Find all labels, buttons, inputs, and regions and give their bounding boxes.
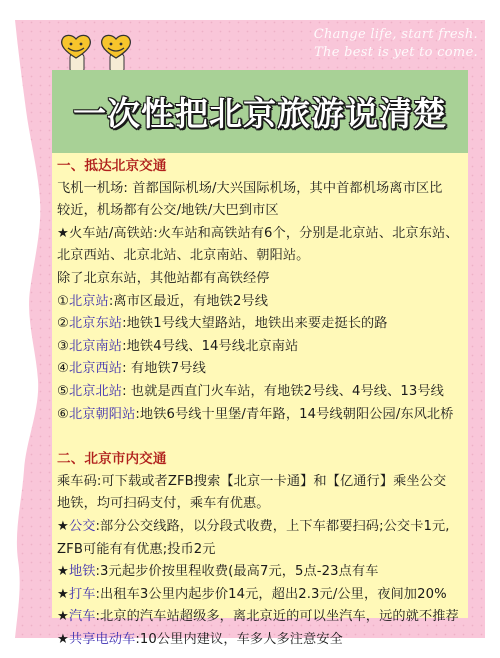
- line-text: 火车站/高铁站:火车站和高铁站有6个，分别是北京站、北京东站、: [69, 226, 459, 241]
- number-badge: ②: [57, 316, 69, 331]
- text-line: ZFB可能有有优惠;投币2元: [57, 539, 477, 562]
- text-line: ★火车站/高铁站:火车站和高铁站有6个，分别是北京站、北京东站、: [57, 223, 477, 246]
- line-text: 较近，机场都有公交/地铁/大巴到市区: [57, 203, 279, 218]
- number-badge: ①: [57, 294, 69, 309]
- slogan-text: Change life, start fresh. The best is ye…: [314, 26, 478, 62]
- star-icon: ★: [57, 564, 69, 579]
- text-line: 较近，机场都有公交/地铁/大巴到市区: [57, 200, 477, 223]
- transport-item: ★共享电动车:10公里内建议，车多人多注意安全: [57, 629, 477, 652]
- station-detail: :地铁4号线、14号线北京南站: [122, 339, 298, 354]
- number-badge: ⑤: [57, 384, 69, 399]
- title-banner: 一次性把北京旅游说清楚: [52, 70, 468, 153]
- transport-detail: :出租车3公里内起步价14元，超出2.3元/公里，夜间加20%: [96, 587, 447, 602]
- line-text: ZFB可能有有优惠;投币2元: [57, 542, 216, 557]
- line-text: 飞机一机场: 首都国际机场/大兴国际机场，其中首都机场离市区比: [57, 181, 442, 196]
- station-name: 北京东站: [69, 316, 122, 331]
- station-item: ⑤北京北站: 也就是西直门火车站，有地铁2号线、4号线、13号线: [57, 381, 477, 404]
- number-badge: ⑥: [57, 407, 69, 422]
- slogan-line-1: Change life, start fresh.: [314, 26, 478, 44]
- transport-item: ★打车:出租车3公里内起步价14元，超出2.3元/公里，夜间加20%: [57, 584, 477, 607]
- star-icon: ★: [57, 587, 69, 602]
- transport-detail: :3元起步价按里程收费(最高7元，5点-23点有车: [96, 564, 379, 579]
- station-item: ②北京东站:地铁1号线大望路站，地铁出来要走挺长的路: [57, 313, 477, 336]
- star-icon: ★: [57, 519, 69, 534]
- transport-detail: :北京的汽车站超级多，离北京近的可以坐汽车，远的就不推荐: [96, 609, 459, 624]
- station-item: ①北京站:离市区最近，有地铁2号线: [57, 291, 477, 314]
- transport-name: 打车: [69, 587, 96, 602]
- smiley-heart-icon: [58, 32, 148, 72]
- spacer: [57, 426, 477, 448]
- line-text: 除了北京东站，其他站都有高铁经停: [57, 271, 270, 286]
- transport-name: 共享电动车: [69, 632, 135, 647]
- star-icon: ★: [57, 632, 69, 647]
- station-name: 北京南站: [69, 339, 122, 354]
- text-line: 北京西站、北京北站、北京南站、朝阳站。: [57, 245, 477, 268]
- content-text: 一、抵达北京交通 飞机一机场: 首都国际机场/大兴国际机场，其中首都机场离市区比…: [57, 155, 477, 651]
- transport-item: ★公交:部分公交线路，以分段式收费，上下车都要扫码;公交卡1元,: [57, 516, 477, 539]
- star-icon: ★: [57, 609, 69, 624]
- transport-name: 地铁: [69, 564, 96, 579]
- transport-name: 公交: [69, 519, 96, 534]
- station-detail: : 有地铁7号线: [122, 361, 206, 376]
- slogan-line-2: The best is yet to come.: [314, 44, 478, 62]
- text-line: 除了北京东站，其他站都有高铁经停: [57, 268, 477, 291]
- station-name: 北京西站: [69, 361, 122, 376]
- station-detail: :离市区最近，有地铁2号线: [109, 294, 268, 309]
- page-title: 一次性把北京旅游说清楚: [73, 88, 447, 135]
- station-name: 北京北站: [69, 384, 122, 399]
- transport-detail: :10公里内建议，车多人多注意安全: [135, 632, 343, 647]
- text-line: 地铁，均可扫码支付，乘车有优惠。: [57, 493, 477, 516]
- station-item: ④北京西站: 有地铁7号线: [57, 358, 477, 381]
- transport-name: 汽车: [69, 609, 96, 624]
- section-heading: 一、抵达北京交通: [57, 155, 477, 178]
- station-item: ③北京南站:地铁4号线、14号线北京南站: [57, 336, 477, 359]
- text-line: 飞机一机场: 首都国际机场/大兴国际机场，其中首都机场离市区比: [57, 178, 477, 201]
- station-detail: :地铁6号线十里堡/青年路，14号线朝阳公园/东风北桥: [135, 407, 453, 422]
- transport-detail: :部分公交线路，以分段式收费，上下车都要扫码;公交卡1元,: [96, 519, 450, 534]
- section-heading: 二、北京市内交通: [57, 448, 477, 471]
- station-detail: :地铁1号线大望路站，地铁出来要走挺长的路: [122, 316, 388, 331]
- number-badge: ④: [57, 361, 69, 376]
- text-line: 乘车码:可下载或者ZFB搜索【北京一卡通】和【亿通行】乘坐公交: [57, 471, 477, 494]
- line-text: 地铁，均可扫码支付，乘车有优惠。: [57, 496, 270, 511]
- line-text: 乘车码:可下载或者ZFB搜索【北京一卡通】和【亿通行】乘坐公交: [57, 474, 446, 489]
- transport-item: ★地铁:3元起步价按里程收费(最高7元，5点-23点有车: [57, 561, 477, 584]
- station-name: 北京站: [69, 294, 109, 309]
- station-item: ⑥北京朝阳站:地铁6号线十里堡/青年路，14号线朝阳公园/东风北桥: [57, 404, 477, 427]
- station-detail: : 也就是西直门火车站，有地铁2号线、4号线、13号线: [122, 384, 444, 399]
- station-name: 北京朝阳站: [69, 407, 135, 422]
- transport-item: ★汽车:北京的汽车站超级多，离北京近的可以坐汽车，远的就不推荐: [57, 606, 477, 629]
- number-badge: ③: [57, 339, 69, 354]
- line-text: 北京西站、北京北站、北京南站、朝阳站。: [57, 248, 309, 263]
- star-icon: ★: [57, 226, 69, 241]
